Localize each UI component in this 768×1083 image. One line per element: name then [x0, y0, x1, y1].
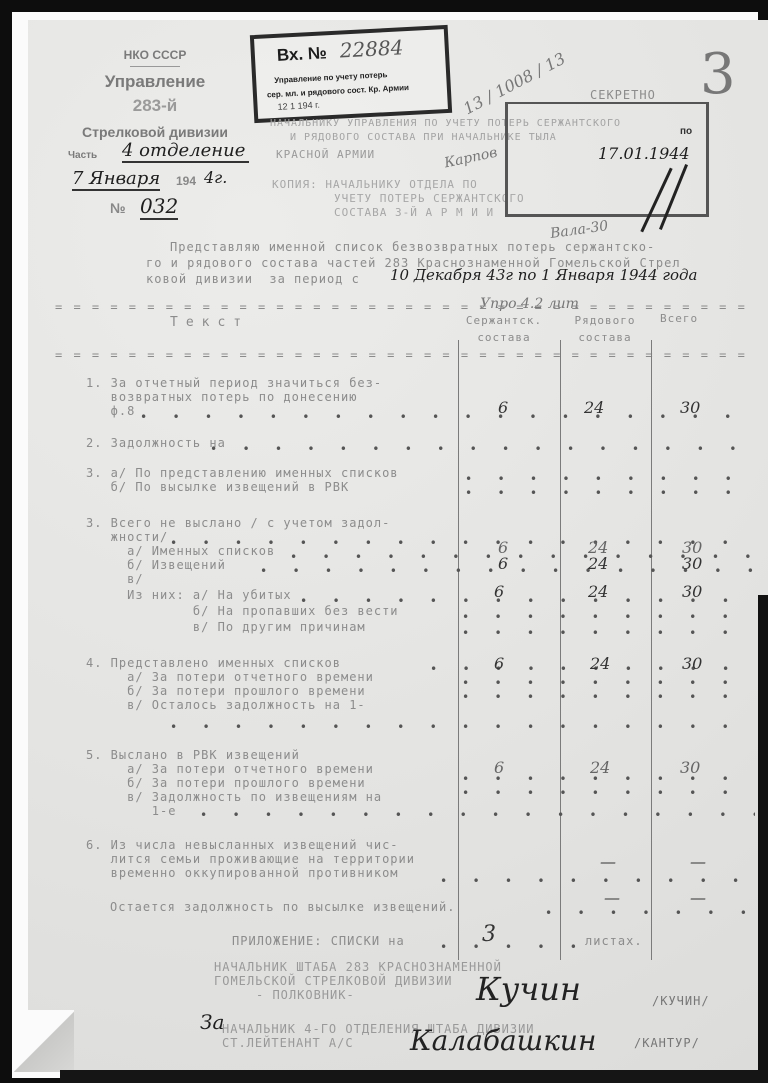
signatory-title-line1: НАЧАЛЬНИК ШТАБА 283 КРАСНОЗНАМЕННОЙ	[214, 960, 502, 974]
column-header-sergeant: Сержантск. состава	[452, 312, 556, 346]
row-text: 4. Представлено именных списков	[86, 656, 341, 670]
dot-leader: • • • • • •	[440, 940, 590, 950]
row-text: Из них: а/ На убитых	[86, 588, 292, 602]
value-sergeant: 6	[498, 398, 508, 417]
incoming-line3: 12 1 194 г.	[277, 100, 320, 112]
incoming-line1: Управление по учету потерь	[274, 70, 388, 85]
registration-stamp: по 17.01.1944	[505, 102, 709, 217]
value-total: —	[690, 888, 706, 907]
dot-leader: • • • • • • • • • • • • • • • • • • • •	[440, 874, 755, 884]
row-text: 5. Выслано в РВК извещений	[86, 748, 300, 762]
registration-stamp-date: 17.01.1944	[598, 144, 690, 163]
value-private: —	[604, 888, 620, 907]
folded-corner	[14, 1010, 74, 1072]
value-total: 30	[682, 582, 702, 601]
handwritten-big-mark: 3	[700, 42, 736, 107]
row-text: а/ За потери отчетного времени	[86, 762, 374, 776]
stamp-part-label: Часть	[68, 150, 104, 161]
stamp-divider	[130, 66, 180, 67]
secret-label: СЕКРЕТНО	[590, 88, 656, 102]
addressee-line3: КРАСНОЙ АРМИИ	[276, 148, 375, 161]
stamp-year-suffix: 4г.	[204, 168, 227, 187]
stamp-number-label: №	[110, 200, 126, 216]
stamp-line-division-number: 283-й	[110, 96, 200, 116]
scan-edge-right	[758, 595, 768, 1083]
dot-leader: • • • • • • • • • • • • • • • • • • • • …	[210, 442, 755, 452]
addressee-line6: СОСТАВА 3-Й А Р М И И	[334, 206, 494, 219]
addressee-line4: КОПИЯ: НАЧАЛЬНИКУ ОТДЕЛА ПО	[272, 178, 478, 191]
value-sergeant: 6	[498, 554, 508, 573]
value-sergeant: 6	[494, 654, 504, 673]
dot-leader: • • • • • • • • • • • • • • • • • •	[462, 676, 755, 686]
appendix-suffix: листах.	[585, 934, 643, 948]
value-private: 24	[590, 654, 610, 673]
row-text: в/	[86, 572, 144, 586]
column-divider-3	[651, 340, 652, 960]
stamp-year-prefix: 194	[176, 174, 196, 188]
value-private: 24	[584, 398, 604, 417]
stamp-date-handwritten: 7 Января	[72, 168, 160, 191]
value-total: 30	[680, 398, 700, 417]
intro-period-handwritten: 10 Декабря 43г по 1 Января 1944 года	[390, 266, 697, 284]
value-sergeant: 6	[494, 582, 504, 601]
intro-line1: Представляю именной список безвозвратных…	[170, 240, 655, 254]
registration-stamp-label: по	[680, 126, 692, 137]
dot-leader: • • • • • • • • • • • • • • • • • •	[465, 486, 755, 496]
intro-line3: ковой дивизии за период с	[146, 272, 360, 286]
column-divider-2	[560, 340, 561, 960]
dot-leader: • • • • • • • • • • • • • • • • • •	[465, 472, 755, 482]
value-sergeant: 6	[494, 758, 504, 777]
row-text: б/ За потери прошлого времени	[86, 684, 366, 698]
signatory-name: /КАНТУР/	[634, 1036, 700, 1050]
dot-leader: • • • • • • • • • • • • •	[545, 906, 755, 916]
dot-leader: • • • • • • • • • • • • • • • • • •	[462, 626, 755, 636]
stamp-line-nko: НКО СССР	[115, 48, 195, 62]
value-total: 30	[682, 654, 702, 673]
incoming-label: Вх. №	[276, 43, 327, 66]
signatory-rank: - ПОЛКОВНИК-	[256, 988, 355, 1002]
dot-leader: • • • • • • • • • • • • • • • • • • • • …	[200, 808, 755, 818]
signature-handwritten: Кучин	[476, 970, 581, 1008]
value-private: 24	[590, 758, 610, 777]
column-header-total: Всего	[660, 312, 698, 325]
dot-leader: • • • • • • • • • • • • • • • • • •	[462, 690, 755, 700]
value-private: 24	[588, 554, 608, 573]
row-text: б/ За потери прошлого времени	[86, 776, 366, 790]
row-text: Остается задолжность по высылке извещени…	[110, 900, 455, 914]
signatory-title-line2: ГОМЕЛЬСКОЙ СТРЕЛКОВОЙ ДИВИЗИИ	[214, 974, 453, 988]
row-text: б/ Извещений	[86, 558, 226, 572]
value-total: —	[690, 852, 706, 871]
column-divider-1	[458, 340, 459, 960]
stamp-line-division: Стрелковой дивизии	[70, 124, 240, 140]
row-text: б/ На пропавших без вести	[86, 604, 399, 618]
signature-handwritten: Калабашкин	[410, 1024, 596, 1057]
row-text: 6. Из числа невысланных извещений чис- л…	[86, 838, 415, 880]
dot-leader: • • • • • • • • • • • • • • • • • • • • …	[170, 720, 755, 730]
row-text: а/ Именных списков	[86, 544, 275, 558]
value-total: 30	[682, 554, 702, 573]
stamp-number-value: 032	[140, 194, 178, 220]
row-text: а/ За потери отчетного времени	[86, 670, 374, 684]
column-header-private: Рядового состава	[560, 312, 650, 346]
row-text: в/ По другим причинам	[86, 620, 366, 634]
incoming-number: 22884	[339, 35, 404, 62]
stamp-part-value: 4 отделение	[122, 140, 249, 163]
value-private: 24	[588, 582, 608, 601]
appendix-count: 3	[482, 922, 496, 947]
stamp-line-directorate: Управление	[90, 72, 220, 92]
signatory-rank: СТ.ЛЕЙТЕНАНТ А/С	[222, 1036, 354, 1050]
value-total: 30	[680, 758, 700, 777]
incoming-line2: сер. мл. и рядового сост. Кр. Армии	[267, 83, 409, 99]
scan-edge-bottom	[60, 1070, 768, 1083]
addressee-line5: УЧЕТУ ПОТЕРЬ СЕРЖАНТСКОГО	[334, 192, 525, 205]
signatory-name: /КУЧИН/	[652, 994, 710, 1008]
row-text: 3. а/ По представлению именных списков б…	[86, 466, 399, 494]
header-rule-bottom: = = = = = = = = = = = = = = = = = = = = …	[55, 348, 755, 360]
row-text: 2. Задолжность на	[86, 436, 226, 450]
dot-leader: • • • • • • • • • • • • • • • • • •	[462, 786, 755, 796]
appendix-label: ПРИЛОЖЕНИЕ: СПИСКИ на	[232, 934, 405, 948]
incoming-stamp: Вх. № 22884 Управление по учету потерь с…	[250, 25, 452, 123]
column-header-text: Текст	[170, 315, 249, 330]
dot-leader: • • • • • • • • • • • • • • • • • • • • …	[140, 410, 755, 420]
value-private: —	[600, 852, 616, 871]
signature-prefix: За	[200, 1010, 224, 1034]
dot-leader: • • • • • • • • • • • • • • • • • •	[462, 610, 755, 620]
header-rule-top: = = = = = = = = = = = = = = = = = = = = …	[55, 300, 755, 312]
row-text: в/ Осталось задолжность на 1-	[86, 698, 366, 712]
